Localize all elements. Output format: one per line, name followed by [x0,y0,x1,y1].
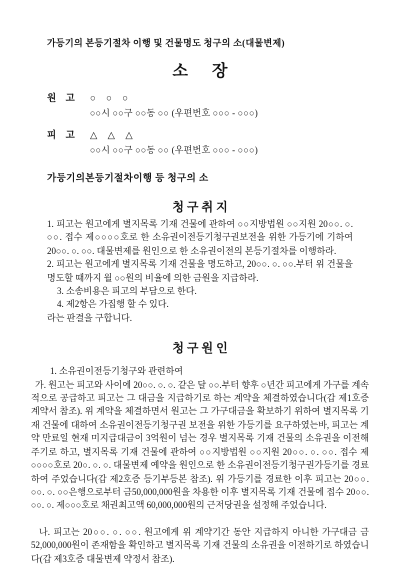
claim-section-heading: 청 구 취 지 [0,198,400,215]
defendant-role-label: 피 고 [47,127,90,141]
plaintiff-name: ○ ○ ○ [90,94,132,104]
document-type-label: 가등기의 본등기절차 이행 및 건물명도 청구의 소(대물변제) [47,36,353,49]
cause-subheading: 1. 소유권이전등기청구와 관련하여 [50,365,369,378]
defendant-row: 피 고 △ △ △ [47,127,353,141]
claim-item-2: 2. 피고는 원고에게 별지목록 기재 건물을 명도하고, 20○○. ○. ○… [47,258,353,285]
complaint-document-page: 가등기의 본등기절차 이행 및 건물명도 청구의 소(대물변제) 소 장 원 고… [0,0,400,567]
cause-paragraph-na: 나. 피고는 20○○. ○. ○○. 원고에게 위 계약기간 동안 지급하지 … [31,526,369,566]
parties-section: 원 고 ○ ○ ○ ○○시 ○○구 ○○동 ○○ (우편번호 ○○○ - ○○○… [47,90,353,156]
cause-section-body: 1. 소유권이전등기청구와 관련하여 가. 원고는 피고와 사이에 20○○. … [31,365,369,566]
plaintiff-role-label: 원 고 [47,90,90,104]
claim-item-1: 1. 피고는 원고에게 별지목록 기재 건물에 관하여 ○○지방법원 ○○지원 … [47,218,353,258]
claim-closing-line: 라는 판결을 구합니다. [47,312,353,325]
claim-item-4: 4. 제2항은 가집행 할 수 있다. [47,298,353,311]
plaintiff-block: 원 고 ○ ○ ○ ○○시 ○○구 ○○동 ○○ (우편번호 ○○○ - ○○○… [47,90,353,119]
case-title: 가등기의본등기절차이행 등 청구의 소 [47,170,353,184]
plaintiff-address: ○○시 ○○구 ○○동 ○○ (우편번호 ○○○ - ○○○) [90,106,353,119]
claim-item-3: 3. 소송비용은 피고의 부담으로 한다. [47,285,353,298]
defendant-name: △ △ △ [90,130,137,141]
defendant-block: 피 고 △ △ △ ○○시 ○○구 ○○동 ○○ (우편번호 ○○○ - ○○○… [47,127,353,156]
plaintiff-row: 원 고 ○ ○ ○ [47,90,353,104]
cause-paragraph-ga: 가. 원고는 피고와 사이에 20○○. ○. ○. 같은 달 ○○.부터 향후… [31,379,369,513]
defendant-address: ○○시 ○○구 ○○동 ○○ (우편번호 ○○○ - ○○○) [90,143,353,156]
cause-section-heading: 청 구 원 인 [0,339,400,356]
document-title: 소 장 [0,58,400,81]
claim-section-body: 1. 피고는 원고에게 별지목록 기재 건물에 관하여 ○○지방법원 ○○지원 … [47,218,353,325]
